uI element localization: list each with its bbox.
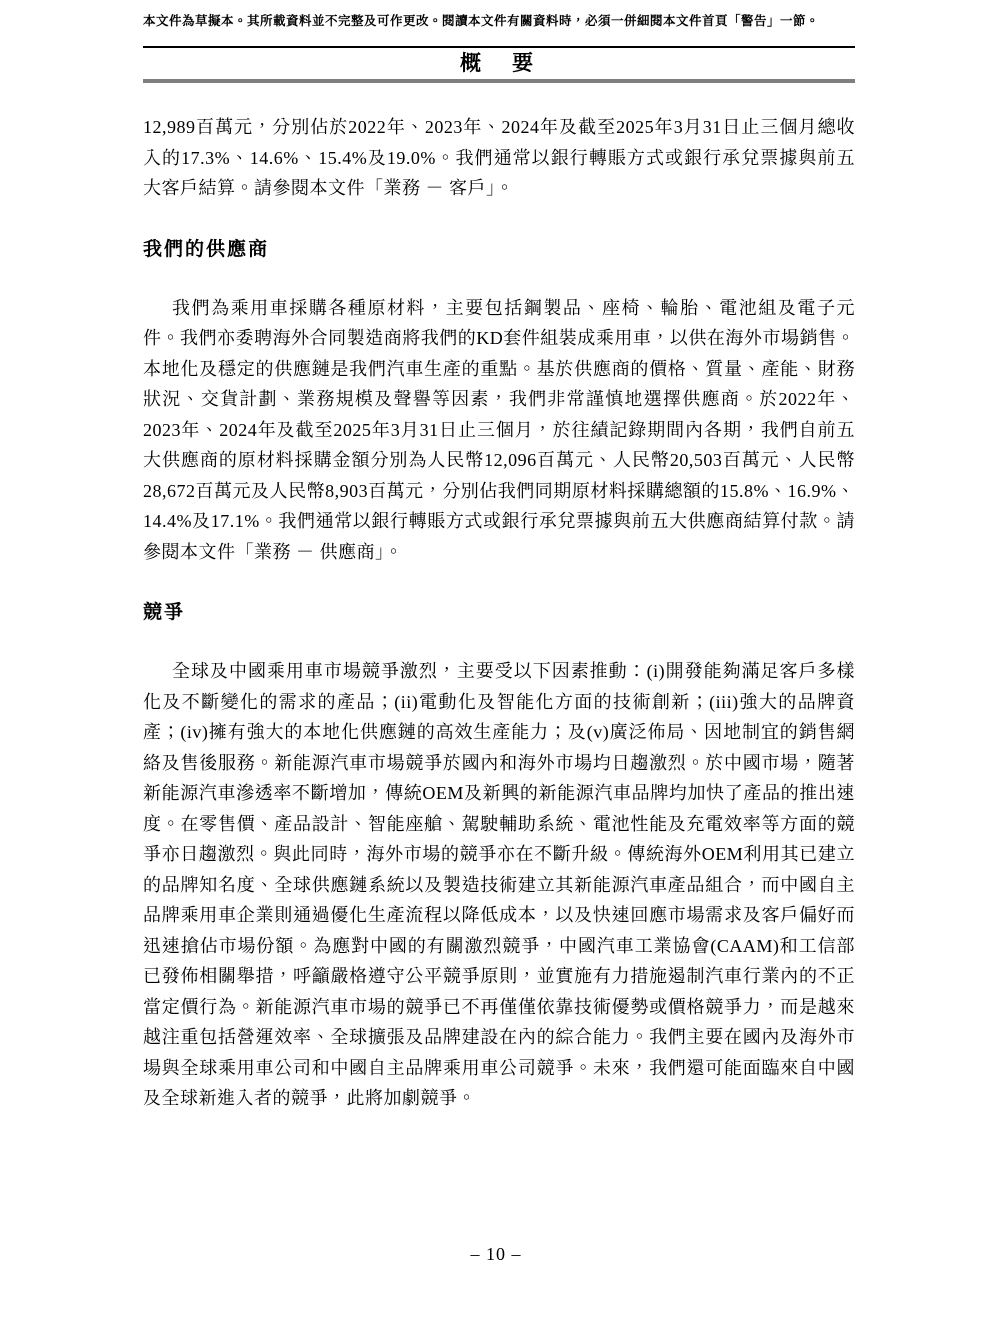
page-number: – 10 – [471,1244,522,1264]
page-footer: – 10 – [0,1243,992,1265]
paragraph-competition: 全球及中國乘用車市場競爭激烈，主要受以下因素推動：(i)開發能夠滿足客戶多樣化及… [143,656,855,1114]
header-rule-bottom [143,79,855,83]
document-page: 本文件為草擬本。其所載資料並不完整及可作更改。閱讀本文件有關資料時，必須一併細閱… [0,0,992,1323]
paragraph-suppliers: 我們為乘用車採購各種原材料，主要包括鋼製品、座椅、輪胎、電池組及電子元件。我們亦… [143,293,855,568]
page-title: 概 要 [143,50,855,77]
section-heading-our-suppliers: 我們的供應商 [143,238,855,262]
section-heading-competition: 競爭 [143,601,855,625]
draft-disclaimer-text: 本文件為草擬本。其所載資料並不完整及可作更改。閱讀本文件有關資料時，必須一併細閱… [143,13,855,29]
header-rule-top [143,46,855,48]
paragraph-customers-continuation: 12,989百萬元，分別佔於2022年、2023年、2024年及截至2025年3… [143,112,855,204]
